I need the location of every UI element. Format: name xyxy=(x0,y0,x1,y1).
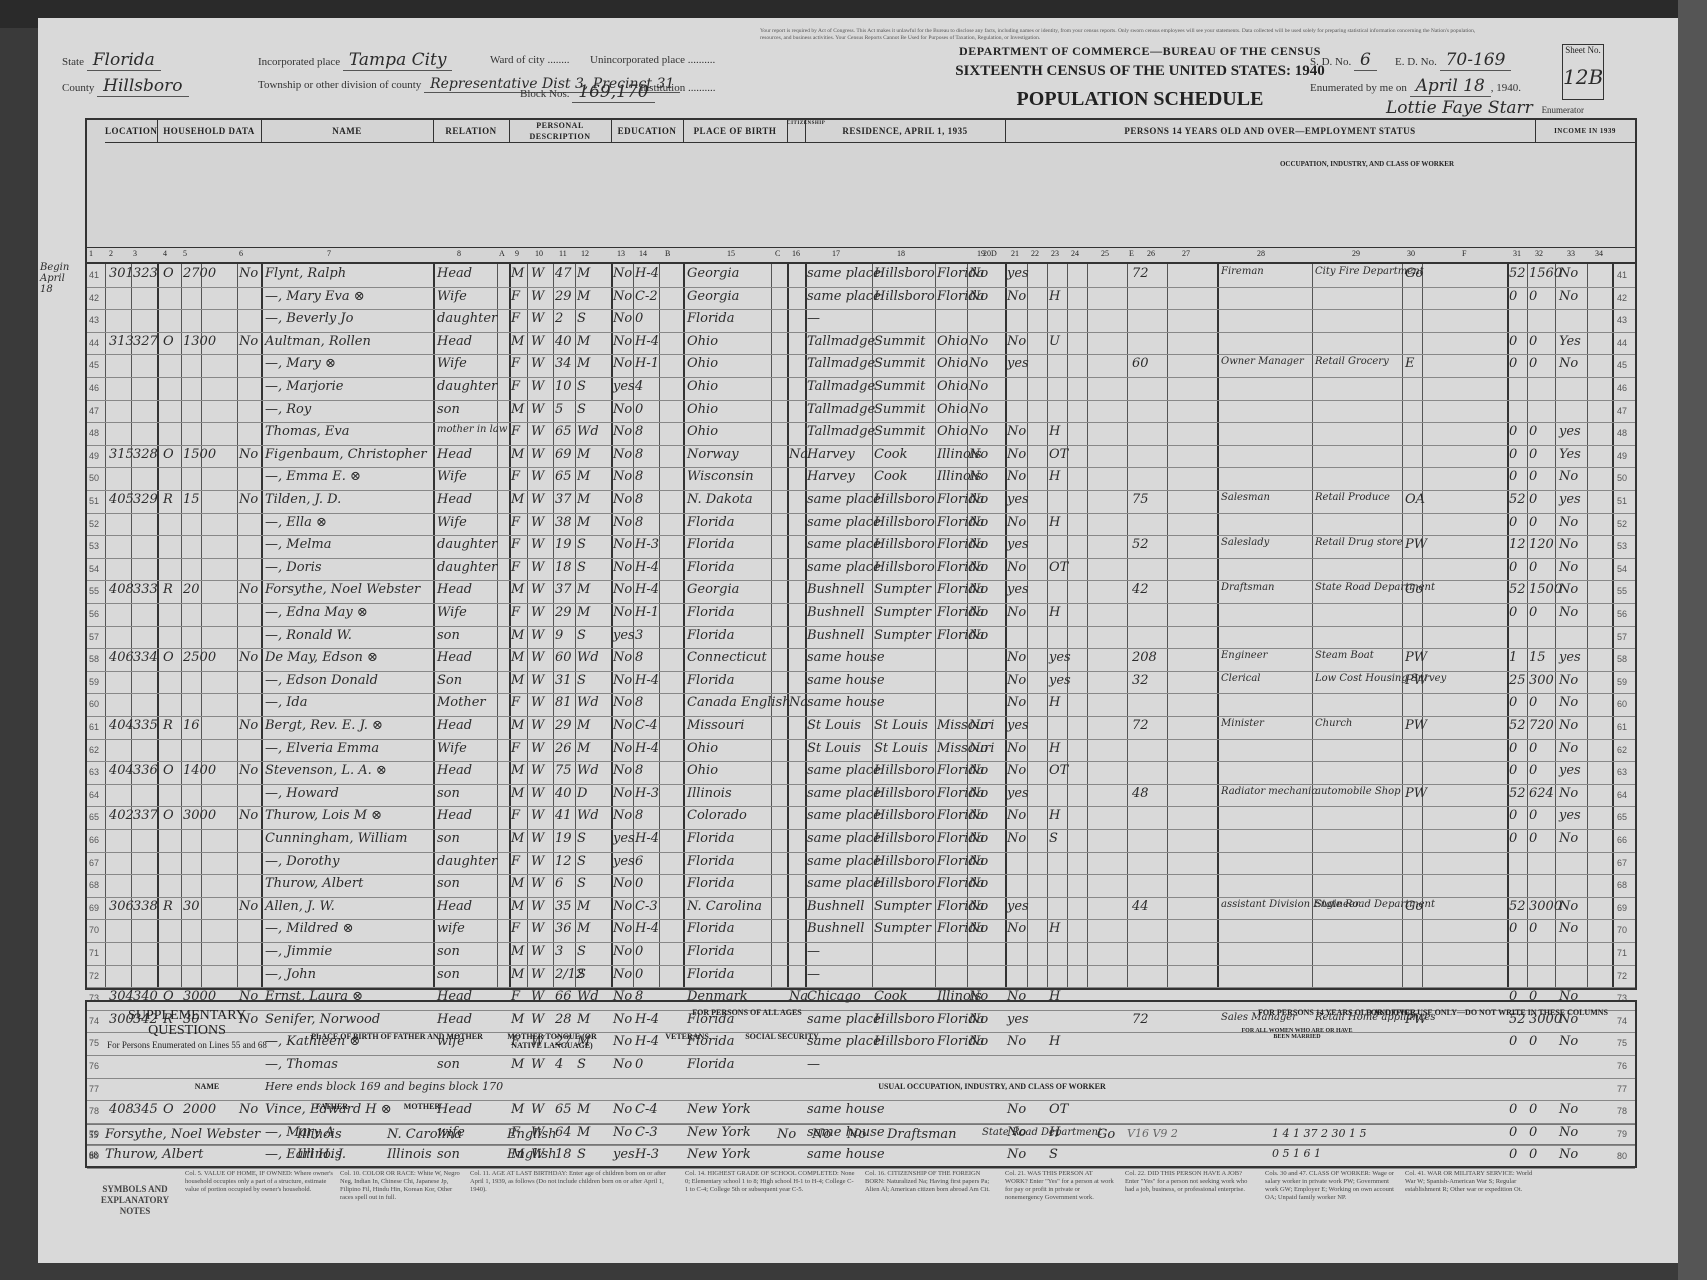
cell-line: 43 xyxy=(89,315,99,325)
column-number: 22 xyxy=(1031,249,1039,258)
cell-birth: Ohio xyxy=(687,763,718,778)
cell-sex: M xyxy=(511,718,524,733)
cell-mar: M xyxy=(577,469,590,484)
column-number: 8 xyxy=(457,249,461,258)
cell-res-city: same place xyxy=(807,831,881,846)
cell-grade: 0 xyxy=(635,876,643,891)
cell-res-city: same place xyxy=(807,876,881,891)
cell-ind: City Fire Department xyxy=(1315,266,1405,277)
cell-sex: F xyxy=(511,560,520,575)
cell-occ: Engineer xyxy=(1221,650,1267,661)
cell-race: W xyxy=(531,311,544,326)
group-citizenship: CITIZENSHIP xyxy=(787,120,806,143)
cell-res-farm: No xyxy=(969,808,988,823)
cell-name: Aultman, Rollen xyxy=(265,334,371,349)
cell-own: R xyxy=(163,582,173,597)
column-number: 26 xyxy=(1147,249,1155,258)
cell-sex: F xyxy=(511,741,520,756)
cell-age: 75 xyxy=(555,763,572,778)
cell-res-city: same place xyxy=(807,537,881,552)
cell-ind: Retail Drug store xyxy=(1315,537,1403,548)
cell-line: 41 xyxy=(89,270,99,280)
cell-rel: son xyxy=(437,967,460,982)
cell-weeks: 0 xyxy=(1509,469,1517,484)
cell-res-county: Hillsboro xyxy=(874,537,935,552)
cell-rel: Wife xyxy=(437,356,467,371)
cell-mar: S xyxy=(577,560,586,575)
table-row: 55408333R20NoForsythe, Noel WebsterHeadM… xyxy=(87,580,1635,604)
cell-grade: H-4 xyxy=(635,560,659,575)
cell-value: 2700 xyxy=(183,266,216,281)
cell-res-city: Tallmadge xyxy=(807,334,875,349)
cell-work: yes xyxy=(1007,899,1029,914)
cell-grade: 4 xyxy=(635,379,643,394)
cell-value: 1400 xyxy=(183,763,216,778)
cell-res-county: Hillsboro xyxy=(874,763,935,778)
cell-res-city: — xyxy=(807,311,820,326)
cell-hours: 72 xyxy=(1132,718,1149,733)
cell-hh: 327 xyxy=(133,334,158,349)
cell-res-farm: No xyxy=(969,876,988,891)
cell-other: No xyxy=(1559,560,1578,575)
column-number: 10 xyxy=(535,249,543,258)
cell-farm: No xyxy=(239,334,258,349)
cell-weeks: 0 xyxy=(1509,356,1517,371)
cell-weeks: 0 xyxy=(1509,447,1517,462)
table-row: 67—, DorothydaughterFW12Syes6Floridasame… xyxy=(87,852,1635,876)
cell-weeks: 12 xyxy=(1509,537,1526,552)
cell-sex: M xyxy=(511,944,524,959)
cell-other: No xyxy=(1559,469,1578,484)
cell-res-city: Bushnell xyxy=(807,582,864,597)
cell-race: W xyxy=(531,854,544,869)
cell-line: 44 xyxy=(89,338,99,348)
cell-weeks: 52 xyxy=(1509,899,1526,914)
cell-house: 313 xyxy=(109,334,134,349)
cell-race: W xyxy=(531,967,544,982)
cell-sch: No xyxy=(613,334,632,349)
cell-house: 408 xyxy=(109,582,134,597)
cell-age: 2 xyxy=(555,311,563,326)
cell-value: 30 xyxy=(183,899,200,914)
cell-wages: 0 xyxy=(1529,492,1537,507)
cell-grade: H-4 xyxy=(635,266,659,281)
group-education: EDUCATION xyxy=(611,120,684,143)
cell-birth: Georgia xyxy=(687,582,739,597)
cell-other: yes xyxy=(1559,650,1581,665)
line-number-right: 46 xyxy=(1617,383,1627,393)
column-number: E xyxy=(1129,249,1134,258)
cell-res-farm: No xyxy=(969,356,988,371)
cell-work: yes xyxy=(1007,266,1029,281)
cell-birth: Florida xyxy=(687,876,734,891)
cell-weeks: 0 xyxy=(1509,515,1517,530)
cell-name: Forsythe, Noel Webster xyxy=(265,582,420,597)
cell-race: W xyxy=(531,876,544,891)
cell-value: 3000 xyxy=(183,808,216,823)
cell-res-farm: No xyxy=(969,763,988,778)
cell-res-farm: No xyxy=(969,628,988,643)
cell-res-city: same place xyxy=(807,854,881,869)
cell-mar: M xyxy=(577,492,590,507)
cell-res-city: same place xyxy=(807,289,881,304)
sheet-number: 12B xyxy=(1563,65,1603,89)
cell-hh: 335 xyxy=(133,718,158,733)
line-number-right: 44 xyxy=(1617,338,1627,348)
cell-birth: Ohio xyxy=(687,356,718,371)
cell-cls: OA xyxy=(1405,492,1425,507)
cell-res-county: Summit xyxy=(874,356,925,371)
cell-other: yes xyxy=(1559,492,1581,507)
line-number-right: 50 xyxy=(1617,473,1627,483)
table-row: 44313327O1300NoAultman, RollenHeadMW40MN… xyxy=(87,332,1635,356)
line-number-right: 56 xyxy=(1617,609,1627,619)
cell-res-city: Bushnell xyxy=(807,899,864,914)
group-household: HOUSEHOLD DATA xyxy=(157,120,262,143)
cell-age: 29 xyxy=(555,718,572,733)
cell-race: W xyxy=(531,831,544,846)
cell-sex: M xyxy=(511,673,524,688)
cell-mar: M xyxy=(577,356,590,371)
cell-name: —, Marjorie xyxy=(265,379,343,394)
cell-name: Tilden, J. D. xyxy=(265,492,341,507)
column-number: 21 xyxy=(1011,249,1019,258)
line-number-right: 71 xyxy=(1617,948,1627,958)
cell-rel: Head xyxy=(437,582,472,597)
cell-sch: No xyxy=(613,469,632,484)
notes-title: SYMBOLS AND EXPLANATORY NOTES xyxy=(95,1184,175,1217)
cell-ind: automobile Shop xyxy=(1315,786,1401,797)
cell-rel: Head xyxy=(437,763,472,778)
cell-wages: 0 xyxy=(1529,334,1537,349)
cell-other: No xyxy=(1559,673,1578,688)
column-number: 25 xyxy=(1101,249,1109,258)
cell-wages: 0 xyxy=(1529,469,1537,484)
cell-other: yes xyxy=(1559,424,1581,439)
supplementary-row: 55 Forsythe, Noel Webster Illinois N. Ca… xyxy=(87,1124,1635,1145)
cell-farm: No xyxy=(239,650,258,665)
cell-res-city: — xyxy=(807,944,820,959)
cell-mar: S xyxy=(577,379,586,394)
cell-sex: M xyxy=(511,266,524,281)
cell-own: R xyxy=(163,492,173,507)
cell-age: 65 xyxy=(555,424,572,439)
cell-sch: No xyxy=(613,695,632,710)
cell-birth: Florida xyxy=(687,944,734,959)
cell-res-county: Hillsboro xyxy=(874,289,935,304)
cell-cls: Go xyxy=(1405,266,1423,281)
cell-sex: M xyxy=(511,899,524,914)
group-income: INCOME IN 1939 xyxy=(1535,120,1636,143)
cell-weeks: 0 xyxy=(1509,921,1517,936)
cell-other: No xyxy=(1559,831,1578,846)
cell-mar: M xyxy=(577,266,590,281)
cell-house: 405 xyxy=(109,492,134,507)
line-number-right: 58 xyxy=(1617,654,1627,664)
cell-name: —, Melma xyxy=(265,537,332,552)
cell-line: 63 xyxy=(89,767,99,777)
cell-sex: F xyxy=(511,469,520,484)
women-heading: FOR ALL WOMEN WHO ARE OR HAVE BEEN MARRI… xyxy=(1237,1028,1357,1040)
cell-race: W xyxy=(531,560,544,575)
column-number: 31 xyxy=(1513,249,1521,258)
cell-res-city: Harvey xyxy=(807,469,855,484)
cell-name: Figenbaum, Christopher xyxy=(265,447,427,462)
cell-birth: Florida xyxy=(687,605,734,620)
cell-line: 61 xyxy=(89,722,99,732)
cell-mar: M xyxy=(577,741,590,756)
cell-grade: H-1 xyxy=(635,356,659,371)
cell-race: W xyxy=(531,447,544,462)
cell-sex: M xyxy=(511,876,524,891)
cell-race: W xyxy=(531,515,544,530)
cell-race: W xyxy=(531,537,544,552)
cell-sch: No xyxy=(613,537,632,552)
cell-cit: Na xyxy=(789,695,808,710)
column-number: 5 xyxy=(183,249,187,258)
cell-name: —, Dorothy xyxy=(265,854,340,869)
cell-other: No xyxy=(1559,921,1578,936)
cell-name: Allen, J. W. xyxy=(265,899,335,914)
cell-sex: F xyxy=(511,605,520,620)
ward-field: Ward of city ........ xyxy=(490,54,569,66)
cell-race: W xyxy=(531,605,544,620)
cell-sch: No xyxy=(613,402,632,417)
column-number: 33 xyxy=(1567,249,1575,258)
cell-line: 62 xyxy=(89,745,99,755)
cell-birth: Illinois xyxy=(687,786,732,801)
cell-farm: No xyxy=(239,899,258,914)
cell-emp: H xyxy=(1049,424,1060,439)
cell-sch: yes xyxy=(613,831,635,846)
cell-house: 315 xyxy=(109,447,134,462)
cell-line: 71 xyxy=(89,948,99,958)
table-row: 64—, HowardsonMW40DNoH-3Illinoissame pla… xyxy=(87,784,1635,808)
cell-sex: M xyxy=(511,831,524,846)
cell-age: 29 xyxy=(555,605,572,620)
cell-sex: F xyxy=(511,695,520,710)
cell-house: 404 xyxy=(109,718,134,733)
cell-sex: M xyxy=(511,492,524,507)
column-number: 7 xyxy=(327,249,331,258)
cell-res-county: St Louis xyxy=(874,741,928,756)
cell-grade: C-2 xyxy=(635,289,658,304)
cell-grade: H-1 xyxy=(635,605,659,620)
cell-grade: 8 xyxy=(635,469,643,484)
cell-age: 12 xyxy=(555,854,572,869)
cell-hours: 72 xyxy=(1132,266,1149,281)
column-number: A xyxy=(499,249,505,258)
cell-sch: No xyxy=(613,447,632,462)
line-number-right: 53 xyxy=(1617,541,1627,551)
cell-emp: H xyxy=(1049,741,1060,756)
cell-race: W xyxy=(531,808,544,823)
cell-ind: Steam Boat xyxy=(1315,650,1374,661)
cell-value: 16 xyxy=(183,718,200,733)
cell-other: yes xyxy=(1559,808,1581,823)
cell-birth: Canada English xyxy=(687,695,791,710)
cell-sch: No xyxy=(613,582,632,597)
table-row: 72—, JohnsonMW2/12SNo0Florida—72 xyxy=(87,965,1635,989)
township-field: Township or other division of county Rep… xyxy=(258,76,518,92)
cell-hh: 328 xyxy=(133,447,158,462)
line-number-right: 62 xyxy=(1617,745,1627,755)
cell-age: 18 xyxy=(555,560,572,575)
cell-line: 42 xyxy=(89,293,99,303)
cell-name: —, Elveria Emma xyxy=(265,741,379,756)
table-row: 45—, Mary ⊗WifeFW34MNoH-1OhioTallmadgeSu… xyxy=(87,354,1635,378)
cell-race: W xyxy=(531,424,544,439)
cell-res-city: Harvey xyxy=(807,447,855,462)
cell-age: 31 xyxy=(555,673,572,688)
cell-res-city: same place xyxy=(807,763,881,778)
cell-res-county: Sumpter xyxy=(874,605,931,620)
cell-weeks: 52 xyxy=(1509,786,1526,801)
cell-wages: 0 xyxy=(1529,356,1537,371)
cell-other: No xyxy=(1559,718,1578,733)
cell-work: No xyxy=(1007,560,1026,575)
cell-wages: 300 xyxy=(1529,673,1554,688)
column-number: 4 xyxy=(163,249,167,258)
cell-emp: H xyxy=(1049,921,1060,936)
cell-name: —, Ronald W. xyxy=(265,628,352,643)
cell-age: 29 xyxy=(555,289,572,304)
cell-work: No xyxy=(1007,515,1026,530)
cell-grade: 8 xyxy=(635,424,643,439)
cell-rel: son xyxy=(437,876,460,891)
cell-rel: daughter xyxy=(437,560,497,575)
cell-res-farm: No xyxy=(969,582,988,597)
cell-name: —, Mildred ⊗ xyxy=(265,921,353,936)
cell-grade: H-4 xyxy=(635,334,659,349)
cell-ind: State Road Department xyxy=(1315,899,1405,910)
cell-name: —, Beverly Jo xyxy=(265,311,353,326)
enumerator-field: Lottie Faye Starr Enumerator xyxy=(1380,98,1584,118)
cell-res-county: Hillsboro xyxy=(874,786,935,801)
cell-sex: F xyxy=(511,921,520,936)
cell-sch: yes xyxy=(613,379,635,394)
cell-emp: H xyxy=(1049,695,1060,710)
cell-own: R xyxy=(163,899,173,914)
cell-wages: 0 xyxy=(1529,695,1537,710)
cell-age: 6 xyxy=(555,876,563,891)
group-relation: RELATION xyxy=(433,120,510,143)
table-row: 48Thomas, Evamother in lawFW65WdNo8OhioT… xyxy=(87,422,1635,446)
cell-hh: 338 xyxy=(133,899,158,914)
cell-weeks: 0 xyxy=(1509,605,1517,620)
line-number-right: 67 xyxy=(1617,858,1627,868)
cell-cls: PW xyxy=(1405,673,1427,688)
table-row: 42—, Mary Eva ⊗WifeFW29MNoC-2Georgiasame… xyxy=(87,287,1635,311)
cell-mar: Wd xyxy=(577,763,599,778)
table-row: 57—, Ronald W.sonMW9Syes3FloridaBushnell… xyxy=(87,626,1635,650)
cell-hh: 333 xyxy=(133,582,158,597)
cell-rel: Head xyxy=(437,899,472,914)
cell-res-farm: No xyxy=(969,718,988,733)
cell-rel: Head xyxy=(437,334,472,349)
cell-rel: Head xyxy=(437,447,472,462)
cell-occ: Fireman xyxy=(1221,266,1264,277)
cell-race: W xyxy=(531,356,544,371)
cell-farm: No xyxy=(239,447,258,462)
table-row: 41301323O2700NoFlynt, RalphHeadMW47MNoH-… xyxy=(87,264,1635,288)
table-row: 49315328O1500NoFigenbaum, ChristopherHea… xyxy=(87,445,1635,469)
cell-res-city: Tallmadge xyxy=(807,356,875,371)
cell-birth: Georgia xyxy=(687,289,739,304)
cell-birth: Ohio xyxy=(687,741,718,756)
group-name: NAME xyxy=(261,120,434,143)
cell-farm: No xyxy=(239,492,258,507)
cell-line: 56 xyxy=(89,609,99,619)
cell-race: W xyxy=(531,944,544,959)
cell-race: W xyxy=(531,628,544,643)
cell-line: 54 xyxy=(89,564,99,574)
cell-res-city: St Louis xyxy=(807,718,861,733)
table-row: 66Cunningham, WilliamsonMW19SyesH-4Flori… xyxy=(87,829,1635,853)
confidentiality-notice: Your report is required by Act of Congre… xyxy=(760,28,1480,42)
cell-grade: C-4 xyxy=(635,718,658,733)
cell-occ: Radiator mechanic xyxy=(1221,786,1311,797)
cell-birth: Florida xyxy=(687,515,734,530)
table-row: 68Thurow, AlbertsonMW6SNo0Floridasame pl… xyxy=(87,874,1635,898)
cell-name: —, Mary ⊗ xyxy=(265,356,336,371)
cell-name: —, John xyxy=(265,967,316,982)
cell-mar: M xyxy=(577,899,590,914)
column-number: 13 xyxy=(617,249,625,258)
cell-age: 41 xyxy=(555,808,572,823)
cell-grade: 8 xyxy=(635,515,643,530)
cell-emp: yes xyxy=(1049,650,1071,665)
cell-res-county: Summit xyxy=(874,334,925,349)
cell-cls: Go xyxy=(1405,899,1423,914)
column-number: 1 xyxy=(89,249,93,258)
cell-other: No xyxy=(1559,899,1578,914)
cell-value: 2500 xyxy=(183,650,216,665)
cell-rel: Wife xyxy=(437,469,467,484)
cell-res-county: Hillsboro xyxy=(874,831,935,846)
cell-weeks: 52 xyxy=(1509,718,1526,733)
cell-mar: M xyxy=(577,605,590,620)
cell-occ: Salesman xyxy=(1221,492,1270,503)
cell-line: 49 xyxy=(89,451,99,461)
column-number: 18 xyxy=(897,249,905,258)
cell-res-county: Summit xyxy=(874,379,925,394)
office-use-heading: FOR OFFICE USE ONLY—DO NOT WRITE IN THES… xyxy=(1347,1008,1627,1017)
table-row: 60—, IdaMotherFW81WdNo8Canada EnglishNas… xyxy=(87,693,1635,717)
cell-res-farm: No xyxy=(969,266,988,281)
cell-rel: Head xyxy=(437,266,472,281)
line-number-right: 41 xyxy=(1617,270,1627,280)
cell-rel: Wife xyxy=(437,741,467,756)
cell-sex: F xyxy=(511,289,520,304)
cell-line: 65 xyxy=(89,812,99,822)
table-row: 65402337O3000NoThurow, Lois M ⊗HeadFW41W… xyxy=(87,806,1635,830)
cell-res-county: Cook xyxy=(874,447,907,462)
cell-sch: No xyxy=(613,605,632,620)
margin-note: Begin April 18 xyxy=(40,262,70,295)
cell-other: No xyxy=(1559,537,1578,552)
line-number-right: 45 xyxy=(1617,360,1627,370)
cell-weeks: 0 xyxy=(1509,741,1517,756)
cell-weeks: 52 xyxy=(1509,266,1526,281)
cell-line: 59 xyxy=(89,677,99,687)
cell-name: —, Howard xyxy=(265,786,339,801)
cell-grade: 0 xyxy=(635,311,643,326)
cell-race: W xyxy=(531,786,544,801)
sheet-number-box: Sheet No. 12B xyxy=(1562,44,1604,100)
cell-sex: M xyxy=(511,447,524,462)
cell-grade: 0 xyxy=(635,967,643,982)
